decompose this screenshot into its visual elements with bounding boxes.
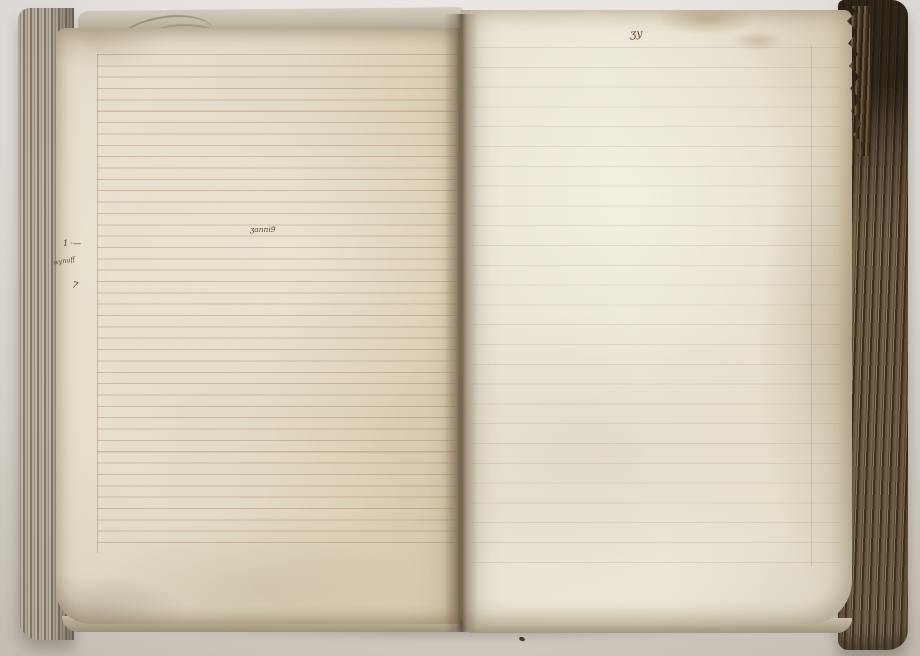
manuscript-book-photo: Exiiij·kl' Marii · et Marthe · Johannes … <box>0 0 920 656</box>
section-heading: ʒanni9 <box>250 225 276 234</box>
margin-rule-left <box>97 54 98 553</box>
margin-rule-right <box>811 45 812 567</box>
necrology-text-block: Exiiij·kl' Marii · et Marthe · Johannes … <box>100 53 460 205</box>
ruling-lines-right <box>472 47 840 566</box>
folio-mark: ʒy <box>630 27 643 41</box>
margin-mark: 1 ·— <box>63 239 81 248</box>
